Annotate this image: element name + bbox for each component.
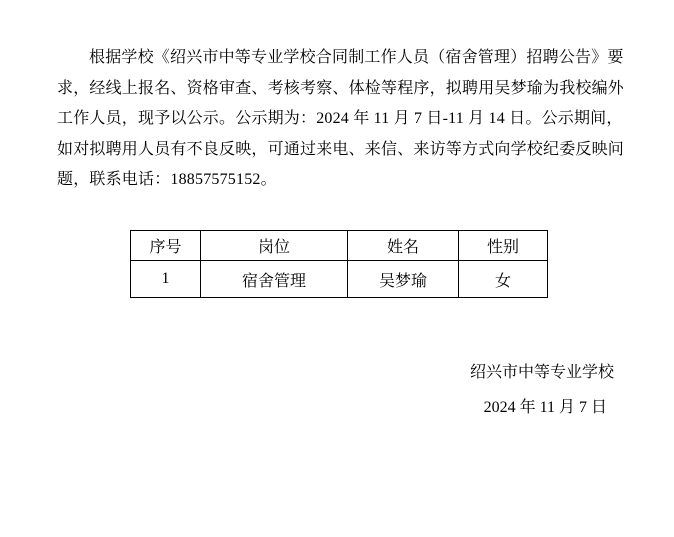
signature-date: 2024 年 11 月 7 日 [57,397,619,419]
header-post: 岗位 [201,231,348,261]
cell-seq: 1 [131,261,201,298]
cell-name: 吴梦瑜 [348,261,459,298]
paragraph-line: 求，经线上报名、资格审查、考核考察、体检等程序，拟聘用吴梦瑜为我校编外 [57,74,623,105]
announcement-paragraph: 根据学校《绍兴市中等专业学校合同制工作人员（宿舍管理）招聘公告》要 求，经线上报… [57,43,623,196]
document-page: 根据学校《绍兴市中等专业学校合同制工作人员（宿舍管理）招聘公告》要 求，经线上报… [0,0,674,537]
paragraph-line: 根据学校《绍兴市中等专业学校合同制工作人员（宿舍管理）招聘公告》要 [57,43,623,74]
header-seq: 序号 [131,231,201,261]
table-header-row: 序号 岗位 姓名 性别 [131,231,548,261]
cell-gender: 女 [459,261,548,298]
paragraph-line: 工作人员，现予以公示。公示期为：2024 年 11 月 7 日-11 月 14 … [57,104,623,135]
signature-organization: 绍兴市中等专业学校 [57,362,619,384]
candidate-table: 序号 岗位 姓名 性别 1 宿舍管理 吴梦瑜 女 [130,230,548,298]
header-name: 姓名 [348,231,459,261]
table-row: 1 宿舍管理 吴梦瑜 女 [131,261,548,298]
cell-post: 宿舍管理 [201,261,348,298]
paragraph-line: 如对拟聘用人员有不良反映，可通过来电、来信、来访等方式向学校纪委反映问 [57,135,623,166]
paragraph-line: 题，联系电话：18857575152。 [57,165,623,196]
header-gender: 性别 [459,231,548,261]
